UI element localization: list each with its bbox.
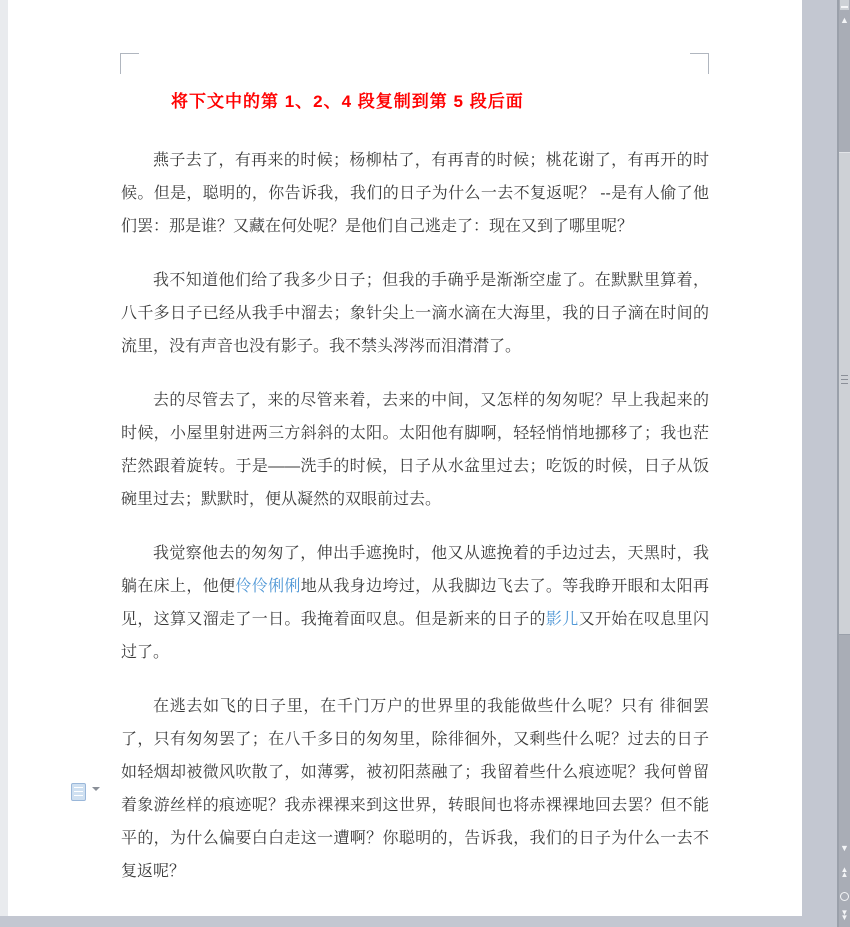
workspace-background-left — [0, 0, 8, 916]
scroll-down-button[interactable]: ▼ — [839, 843, 850, 853]
paragraph[interactable]: 去的尽管去了，来的尽管来着，去来的中间，又怎样的匆匆呢？早上我起来的时候，小屋里… — [121, 384, 709, 516]
text-body[interactable]: 燕子去了，有再来的时候；杨柳枯了，有再青的时候；桃花谢了，有再开的时候。但是，聪… — [121, 144, 709, 909]
vertical-scrollbar[interactable]: ▲ ▼ ▲ ▲ ▼ ▼ — [837, 0, 850, 927]
ruler-toggle-icon[interactable] — [840, 0, 849, 10]
text-boundary-mark-top-left — [120, 53, 139, 74]
document-page[interactable]: 将下文中的第 1、2、4 段复制到第 5 段后面 燕子去了，有再来的时候；杨柳枯… — [8, 0, 802, 916]
paragraph[interactable]: 我不知道他们给了我多少日子；但我的手确乎是渐渐空虚了。在默默里算着，八千多日子已… — [121, 264, 709, 363]
paragraph[interactable]: 燕子去了，有再来的时候；杨柳枯了，有再青的时候；桃花谢了，有再开的时候。但是，聪… — [121, 144, 709, 243]
highlighted-word: 影儿 — [546, 611, 579, 628]
text-run: 在逃去如飞的日子里，在千门万户的世界里的我能做些什么呢？只有 徘徊罢了，只有匆匆… — [121, 698, 709, 880]
scrollbar-thumb[interactable] — [839, 152, 850, 635]
double-up-arrow-icon: ▲ — [841, 870, 849, 879]
previous-page-button[interactable]: ▲ ▲ — [839, 867, 850, 877]
paste-options-button[interactable] — [69, 782, 103, 804]
app-window: 将下文中的第 1、2、4 段复制到第 5 段后面 燕子去了，有再来的时候；杨柳枯… — [0, 0, 850, 927]
thumb-gripper-icon — [841, 375, 848, 384]
instruction-title[interactable]: 将下文中的第 1、2、4 段复制到第 5 段后面 — [171, 87, 524, 112]
scroll-up-button[interactable]: ▲ — [839, 15, 850, 25]
text-boundary-mark-top-right — [690, 53, 709, 74]
clipboard-icon — [71, 783, 86, 801]
paragraph[interactable]: 在逃去如飞的日子里，在千门万户的世界里的我能做些什么呢？只有 徘徊罢了，只有匆匆… — [121, 690, 709, 888]
double-down-arrow-icon: ▼ — [841, 913, 849, 922]
chevron-down-icon — [92, 787, 100, 791]
next-page-button[interactable]: ▼ ▼ — [839, 910, 850, 920]
text-run: 我不知道他们给了我多少日子；但我的手确乎是渐渐空虚了。在默默里算着，八千多日子已… — [121, 272, 709, 355]
paragraph[interactable]: 我觉察他去的匆匆了，伸出手遮挽时，他又从遮挽着的手边过去，天黑时，我躺在床上，他… — [121, 537, 709, 669]
select-browse-object-button[interactable] — [840, 892, 849, 901]
highlighted-word: 伶伶俐俐 — [235, 578, 300, 595]
text-run: 燕子去了，有再来的时候；杨柳枯了，有再青的时候；桃花谢了，有再开的时候。但是，聪… — [121, 152, 709, 235]
text-run: 去的尽管去了，来的尽管来着，去来的中间，又怎样的匆匆呢？早上我起来的时候，小屋里… — [121, 392, 709, 508]
